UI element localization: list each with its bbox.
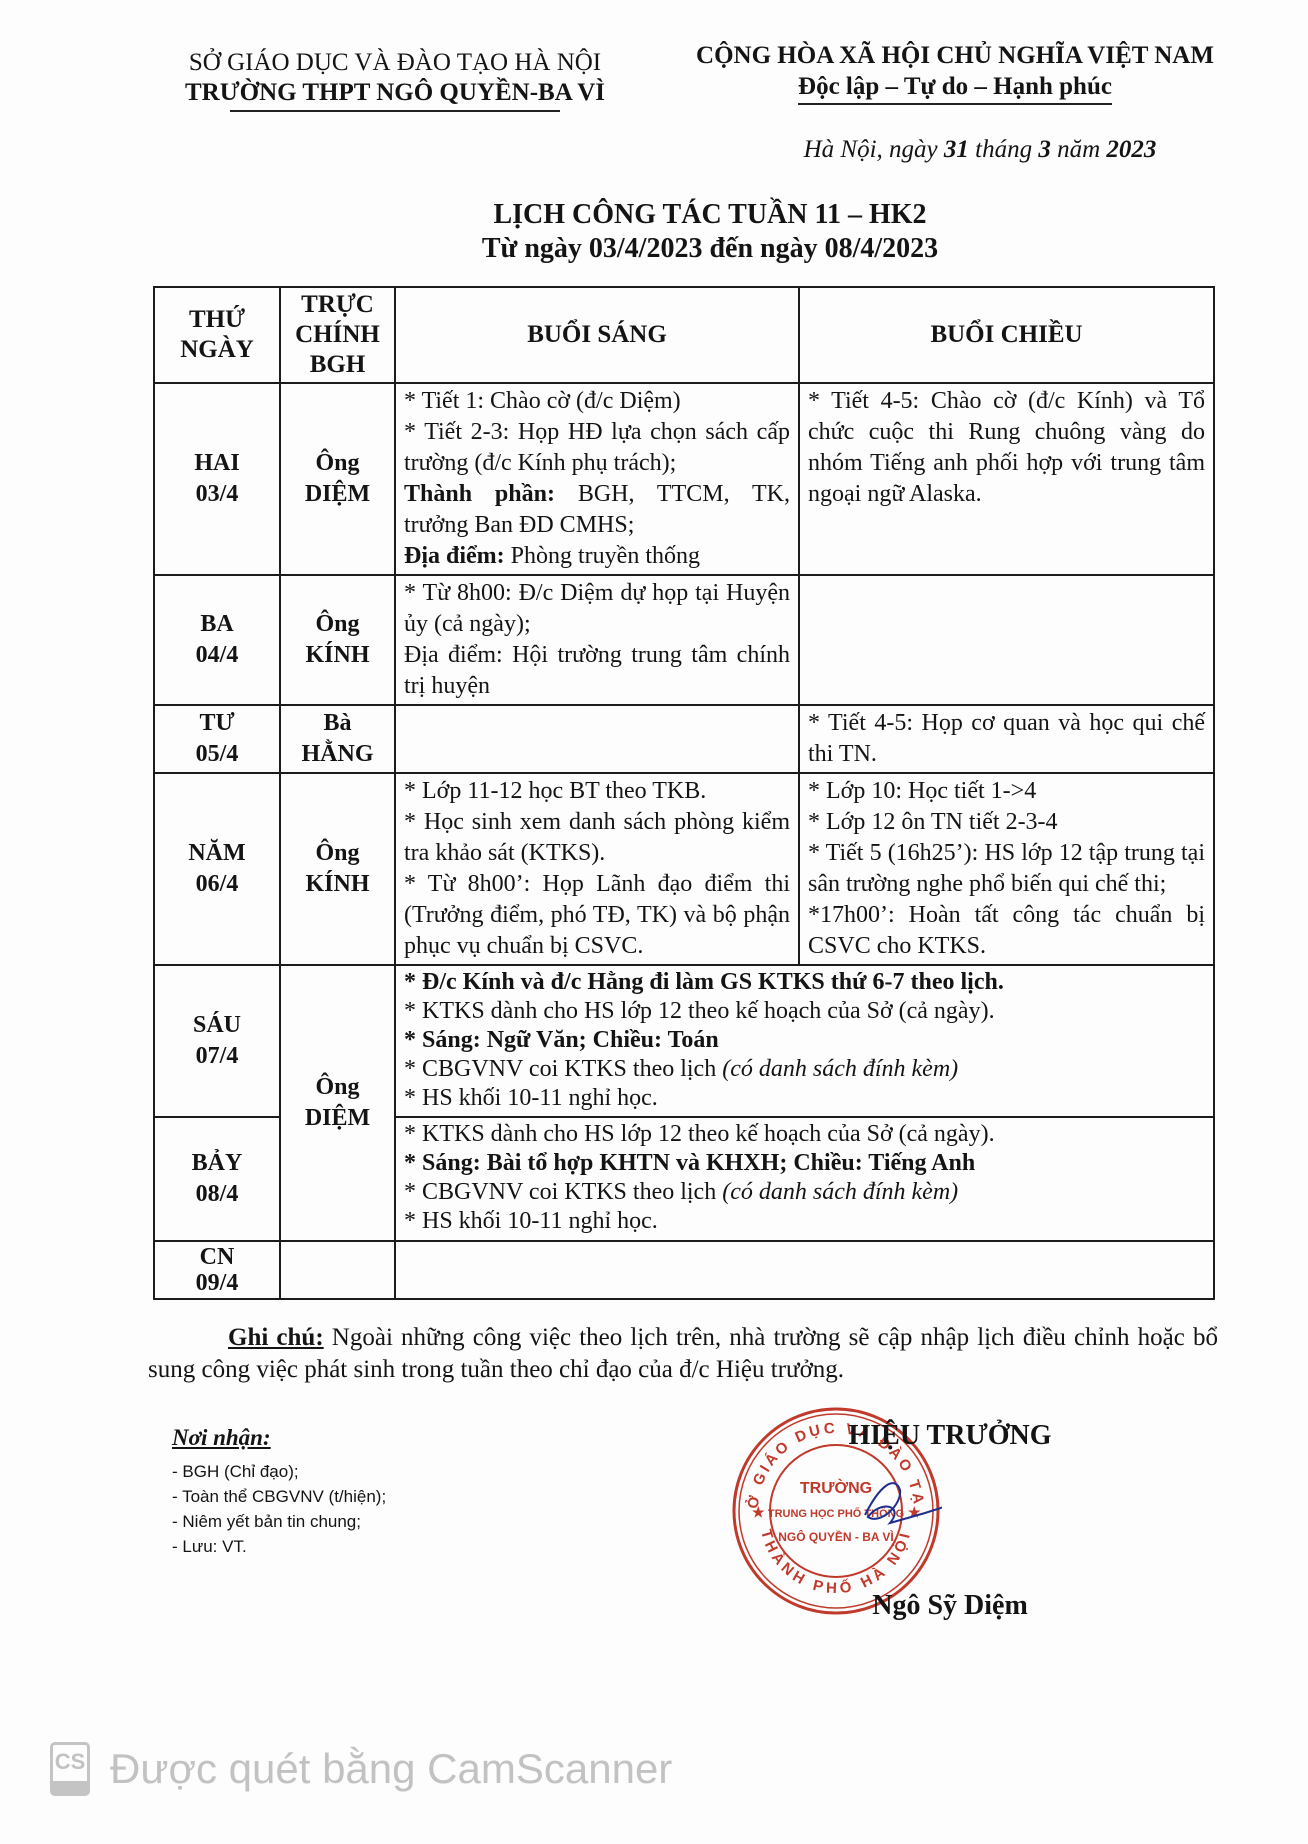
weekday: BẢY: [163, 1148, 271, 1179]
national-motto: CỘNG HÒA XÃ HỘI CHỦ NGHĨA VIỆT NAM Độc l…: [660, 40, 1250, 105]
weekday: TƯ: [163, 708, 271, 739]
schedule-line: * KTKS dành cho HS lớp 12 theo kế hoạch …: [404, 1120, 1205, 1149]
duty-person: Ông: [289, 1072, 386, 1103]
schedule-line: * Tiết 4-5: Chào cờ (đ/c Kính) và Tổ chứ…: [808, 386, 1205, 510]
weekday: BA: [163, 609, 271, 640]
signature-block: HIỆU TRƯỞNG Ngô Sỹ Diệm: [790, 1420, 1110, 1622]
duty-cell: BàHẰNG: [280, 705, 395, 773]
recipient-item: - Toàn thể CBGVNV (t/hiện);: [172, 1484, 572, 1509]
schedule-line: * KTKS dành cho HS lớp 12 theo kế hoạch …: [404, 997, 1205, 1026]
morning-cell: * Từ 8h00: Đ/c Diệm dự họp tại Huyện ủy …: [395, 575, 799, 705]
recipient-item: - BGH (Chỉ đạo);: [172, 1459, 572, 1484]
morning-cell: [395, 705, 799, 773]
date: 04/4: [163, 640, 271, 671]
issuing-authority: SỞ GIÁO DỤC VÀ ĐÀO TẠO HÀ NỘI TRƯỜNG THP…: [140, 48, 650, 112]
schedule-line: * Sáng: Ngữ Văn; Chiều: Toán: [404, 1026, 1205, 1055]
recipients-block: Nơi nhận: - BGH (Chỉ đạo); - Toàn thể CB…: [172, 1425, 572, 1559]
date: 06/4: [163, 869, 271, 900]
full-day-cell: * KTKS dành cho HS lớp 12 theo kế hoạch …: [395, 1117, 1214, 1241]
schedule-line: * Sáng: Bài tổ hợp KHTN và KHXH; Chiều: …: [404, 1149, 1205, 1178]
morning-cell: * Tiết 1: Chào cờ (đ/c Diệm)* Tiết 2-3: …: [395, 383, 799, 575]
motto: Độc lập – Tự do – Hạnh phúc: [798, 72, 1112, 105]
duty-person: KÍNH: [289, 869, 386, 900]
full-day-cell: * Đ/c Kính và đ/c Hằng đi làm GS KTKS th…: [395, 965, 1214, 1117]
duty-person: Ông: [289, 838, 386, 869]
duty-person: Bà: [289, 708, 386, 739]
day-cell: NĂM06/4: [154, 773, 280, 965]
schedule-line: * Từ 8h00: Đ/c Diệm dự họp tại Huyện ủy …: [404, 578, 790, 640]
schedule-line: Địa điểm: Hội trường trung tâm chính trị…: [404, 640, 790, 702]
country-name: CỘNG HÒA XÃ HỘI CHỦ NGHĨA VIỆT NAM: [660, 40, 1250, 72]
date: 03/4: [163, 479, 271, 510]
camscanner-watermark: CS Được quét bằng CamScanner: [50, 1742, 672, 1796]
duty-cell: ÔngDIỆM: [280, 965, 395, 1241]
table-row: TƯ05/4BàHẰNG* Tiết 4-5: Họp cơ quan và h…: [154, 705, 1214, 773]
title-date-range: Từ ngày 03/4/2023 đến ngày 08/4/2023: [300, 232, 1120, 266]
header-day: THỨ NGÀY: [154, 287, 280, 383]
schedule-line: *17h00’: Hoàn tất công tác chuẩn bị CSVC…: [808, 900, 1205, 962]
header-duty: TRỰC CHÍNH BGH: [280, 287, 395, 383]
duty-person: KÍNH: [289, 640, 386, 671]
afternoon-cell: [799, 575, 1214, 705]
weekday: CN: [163, 1244, 271, 1270]
issue-date: Hà Nội, ngày 31 tháng 3 năm 2023: [700, 136, 1260, 164]
schedule-line: Thành phần: BGH, TTCM, TK, trưởng Ban ĐD…: [404, 479, 790, 541]
signer-role: HIỆU TRƯỞNG: [790, 1420, 1110, 1452]
schedule-line: * Đ/c Kính và đ/c Hằng đi làm GS KTKS th…: [404, 968, 1205, 997]
day-cell: BA04/4: [154, 575, 280, 705]
day-cell: BẢY08/4: [154, 1117, 280, 1241]
recipient-item: - Niêm yết bản tin chung;: [172, 1509, 572, 1534]
duty-cell: [280, 1241, 395, 1299]
table-row: HAI03/4ÔngDIỆM* Tiết 1: Chào cờ (đ/c Diệ…: [154, 383, 1214, 575]
schedule-line: * Lớp 10: Học tiết 1->4: [808, 776, 1205, 807]
schedule-line: * CBGVNV coi KTKS theo lịch (có danh sác…: [404, 1055, 1205, 1084]
schedule-line: * Tiết 4-5: Họp cơ quan và học qui chế t…: [808, 708, 1205, 770]
duty-person: Ông: [289, 609, 386, 640]
weekday: SÁU: [163, 1010, 271, 1041]
department-name: SỞ GIÁO DỤC VÀ ĐÀO TẠO HÀ NỘI: [140, 48, 650, 78]
camscanner-text: Được quét bằng CamScanner: [110, 1745, 672, 1793]
schedule-line: * Tiết 1: Chào cờ (đ/c Diệm): [404, 386, 790, 417]
table-row: NĂM06/4ÔngKÍNH* Lớp 11-12 học BT theo TK…: [154, 773, 1214, 965]
duty-person: DIỆM: [289, 1103, 386, 1134]
title-main: LỊCH CÔNG TÁC TUẦN 11 – HK2: [300, 198, 1120, 232]
afternoon-cell: * Tiết 4-5: Chào cờ (đ/c Kính) và Tổ chứ…: [799, 383, 1214, 575]
school-name-underline: [230, 110, 560, 112]
morning-cell: * Lớp 11-12 học BT theo TKB.* Học sinh x…: [395, 773, 799, 965]
afternoon-cell: * Tiết 4-5: Họp cơ quan và học qui chế t…: [799, 705, 1214, 773]
schedule-line: * CBGVNV coi KTKS theo lịch (có danh sác…: [404, 1178, 1205, 1207]
schedule-line: Địa điểm: Phòng truyền thống: [404, 541, 790, 572]
day-cell: CN09/4: [154, 1241, 280, 1299]
date: 09/4: [163, 1270, 271, 1296]
svg-text:★: ★: [752, 1504, 765, 1520]
table-row: SÁU07/4ÔngDIỆM* Đ/c Kính và đ/c Hằng đi …: [154, 965, 1214, 1117]
date: 05/4: [163, 739, 271, 770]
schedule-line: * HS khối 10-11 nghỉ học.: [404, 1084, 1205, 1113]
day-cell: HAI03/4: [154, 383, 280, 575]
weekday: NĂM: [163, 838, 271, 869]
schedule-line: * Lớp 12 ôn TN tiết 2-3-4: [808, 807, 1205, 838]
header-morning: BUỔI SÁNG: [395, 287, 799, 383]
school-name: TRƯỜNG THPT NGÔ QUYỀN-BA VÌ: [140, 78, 650, 108]
duty-cell: ÔngDIỆM: [280, 383, 395, 575]
table-header-row: THỨ NGÀY TRỰC CHÍNH BGH BUỔI SÁNG BUỔI C…: [154, 287, 1214, 383]
afternoon-cell: * Lớp 10: Học tiết 1->4* Lớp 12 ôn TN ti…: [799, 773, 1214, 965]
signer-name: Ngô Sỹ Diệm: [790, 1590, 1110, 1622]
document-title: LỊCH CÔNG TÁC TUẦN 11 – HK2 Từ ngày 03/4…: [300, 198, 1120, 266]
duty-person: DIỆM: [289, 479, 386, 510]
schedule-line: * Từ 8h00’: Họp Lãnh đạo điểm thi (Trưởn…: [404, 869, 790, 962]
duty-person: Ông: [289, 448, 386, 479]
duty-cell: ÔngKÍNH: [280, 773, 395, 965]
note-paragraph: Ghi chú: Ngoài những công việc theo lịch…: [148, 1322, 1218, 1386]
note-label: Ghi chú:: [228, 1324, 324, 1351]
schedule-line: * Lớp 11-12 học BT theo TKB.: [404, 776, 790, 807]
header-afternoon: BUỔI CHIỀU: [799, 287, 1214, 383]
recipient-item: - Lưu: VT.: [172, 1534, 572, 1559]
duty-person: HẰNG: [289, 739, 386, 770]
duty-cell: ÔngKÍNH: [280, 575, 395, 705]
day-cell: SÁU07/4: [154, 965, 280, 1117]
table-row: CN09/4: [154, 1241, 1214, 1299]
schedule-line: * Học sinh xem danh sách phòng kiểm tra …: [404, 807, 790, 869]
full-day-cell: [395, 1241, 1214, 1299]
weekly-schedule-table: THỨ NGÀY TRỰC CHÍNH BGH BUỔI SÁNG BUỔI C…: [153, 286, 1215, 1300]
table-row: BA04/4ÔngKÍNH* Từ 8h00: Đ/c Diệm dự họp …: [154, 575, 1214, 705]
schedule-line: * Tiết 5 (16h25’): HS lớp 12 tập trung t…: [808, 838, 1205, 900]
recipients-title: Nơi nhận:: [172, 1425, 572, 1451]
day-cell: TƯ05/4: [154, 705, 280, 773]
camscanner-logo-icon: CS: [50, 1742, 90, 1796]
date: 08/4: [163, 1179, 271, 1210]
schedule-line: * Tiết 2-3: Họp HĐ lựa chọn sách cấp trư…: [404, 417, 790, 479]
weekday: HAI: [163, 448, 271, 479]
date: 07/4: [163, 1041, 271, 1072]
schedule-line: * HS khối 10-11 nghỉ học.: [404, 1207, 1205, 1236]
